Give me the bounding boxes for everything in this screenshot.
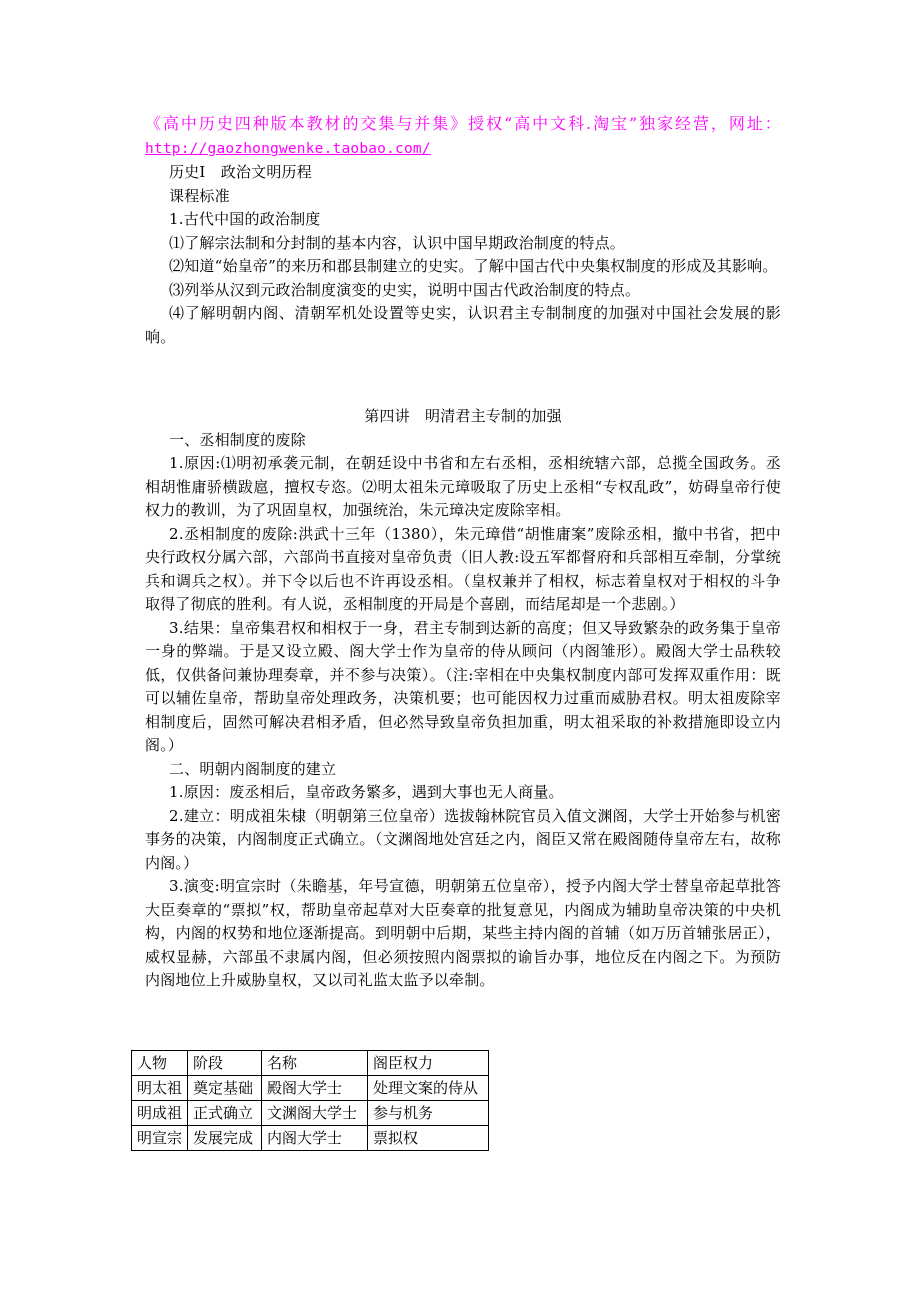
- table-cell: 明太祖: [132, 1076, 188, 1101]
- table-cell: 票拟权: [368, 1126, 489, 1151]
- standard-item: ⑷了解明朝内阁、清朝军机处设置等史实，认识君主专制制度的加强对中国社会发展的影响…: [145, 302, 781, 349]
- copyright-notice: 《高中历史四种版本教材的交集与并集》授权“高中文科.淘宝”独家经营，网址：htt…: [145, 112, 781, 161]
- table-cell: 发展完成: [188, 1126, 262, 1151]
- table-row: 明宣宗 发展完成 内阁大学士 票拟权: [132, 1126, 489, 1151]
- part2-heading: 二、明朝内阁制度的建立: [145, 758, 781, 782]
- cabinet-table: 人物 阶段 名称 阁臣权力 明太祖 奠定基础 殿阁大学士 处理文案的侍从 明成祖…: [131, 1050, 489, 1151]
- table-cell: 明宣宗: [132, 1126, 188, 1151]
- taobao-link[interactable]: http://gaozhongwenke.taobao.com/: [145, 141, 431, 157]
- spacer: [145, 349, 781, 405]
- table-cell: 明成祖: [132, 1101, 188, 1126]
- table-header-cell: 阁臣权力: [368, 1051, 489, 1076]
- lecture-title: 第四讲 明清君主专制的加强: [145, 405, 781, 429]
- table-cell: 参与机务: [368, 1101, 489, 1126]
- paragraph: 2.建立：明成祖朱棣（明朝第三位皇帝）选拔翰林院官员入值文渊阁，大学士开始参与机…: [145, 805, 781, 876]
- standard-item: ⑴了解宗法制和分封制的基本内容，认识中国早期政治制度的特点。: [145, 232, 781, 256]
- table-cell: 正式确立: [188, 1101, 262, 1126]
- paragraph: 1.原因:⑴明初承袭元制，在朝廷设中书省和左右丞相，丞相统辖六部，总揽全国政务。…: [145, 452, 781, 523]
- standard-item: ⑶列举从汉到元政治制度演变的史实，说明中国古代政治制度的特点。: [145, 279, 781, 303]
- paragraph: 3.演变:明宣宗时（朱瞻基，年号宣德，明朝第五位皇帝），授予内阁大学士替皇帝起草…: [145, 875, 781, 993]
- standard-label: 课程标准: [145, 185, 781, 209]
- table-row: 明太祖 奠定基础 殿阁大学士 处理文案的侍从: [132, 1076, 489, 1101]
- paragraph: 1.原因：废丞相后，皇帝政务繁多，遇到大事也无人商量。: [145, 781, 781, 805]
- paragraph: 2.丞相制度的废除:洪武十三年（1380），朱元璋借“胡惟庸案”废除丞相，撤中书…: [145, 523, 781, 617]
- table-row: 明成祖 正式确立 文渊阁大学士 参与机务: [132, 1101, 489, 1126]
- standard-item: ⑵知道“始皇帝”的来历和郡县制建立的史实。了解中国古代中央集权制度的形成及其影响…: [145, 255, 781, 279]
- table-cell: 奠定基础: [188, 1076, 262, 1101]
- document-page: 《高中历史四种版本教材的交集与并集》授权“高中文科.淘宝”独家经营，网址：htt…: [145, 112, 781, 993]
- table-header-cell: 阶段: [188, 1051, 262, 1076]
- table-header-cell: 名称: [262, 1051, 368, 1076]
- notice-text: 《高中历史四种版本教材的交集与并集》授权“高中文科.淘宝”独家经营，网址：: [145, 114, 781, 133]
- part1-heading: 一、丞相制度的废除: [145, 429, 781, 453]
- table-header-row: 人物 阶段 名称 阁臣权力: [132, 1051, 489, 1076]
- paragraph: 3.结果：皇帝集君权和相权于一身，君主专制到达新的高度；但又导致繁杂的政务集于皇…: [145, 617, 781, 758]
- section-heading: 1.古代中国的政治制度: [145, 208, 781, 232]
- table-cell: 内阁大学士: [262, 1126, 368, 1151]
- course-title: 历史Ⅰ 政治文明历程: [145, 161, 781, 185]
- table-cell: 处理文案的侍从: [368, 1076, 489, 1101]
- table-header-cell: 人物: [132, 1051, 188, 1076]
- table-cell: 殿阁大学士: [262, 1076, 368, 1101]
- table-cell: 文渊阁大学士: [262, 1101, 368, 1126]
